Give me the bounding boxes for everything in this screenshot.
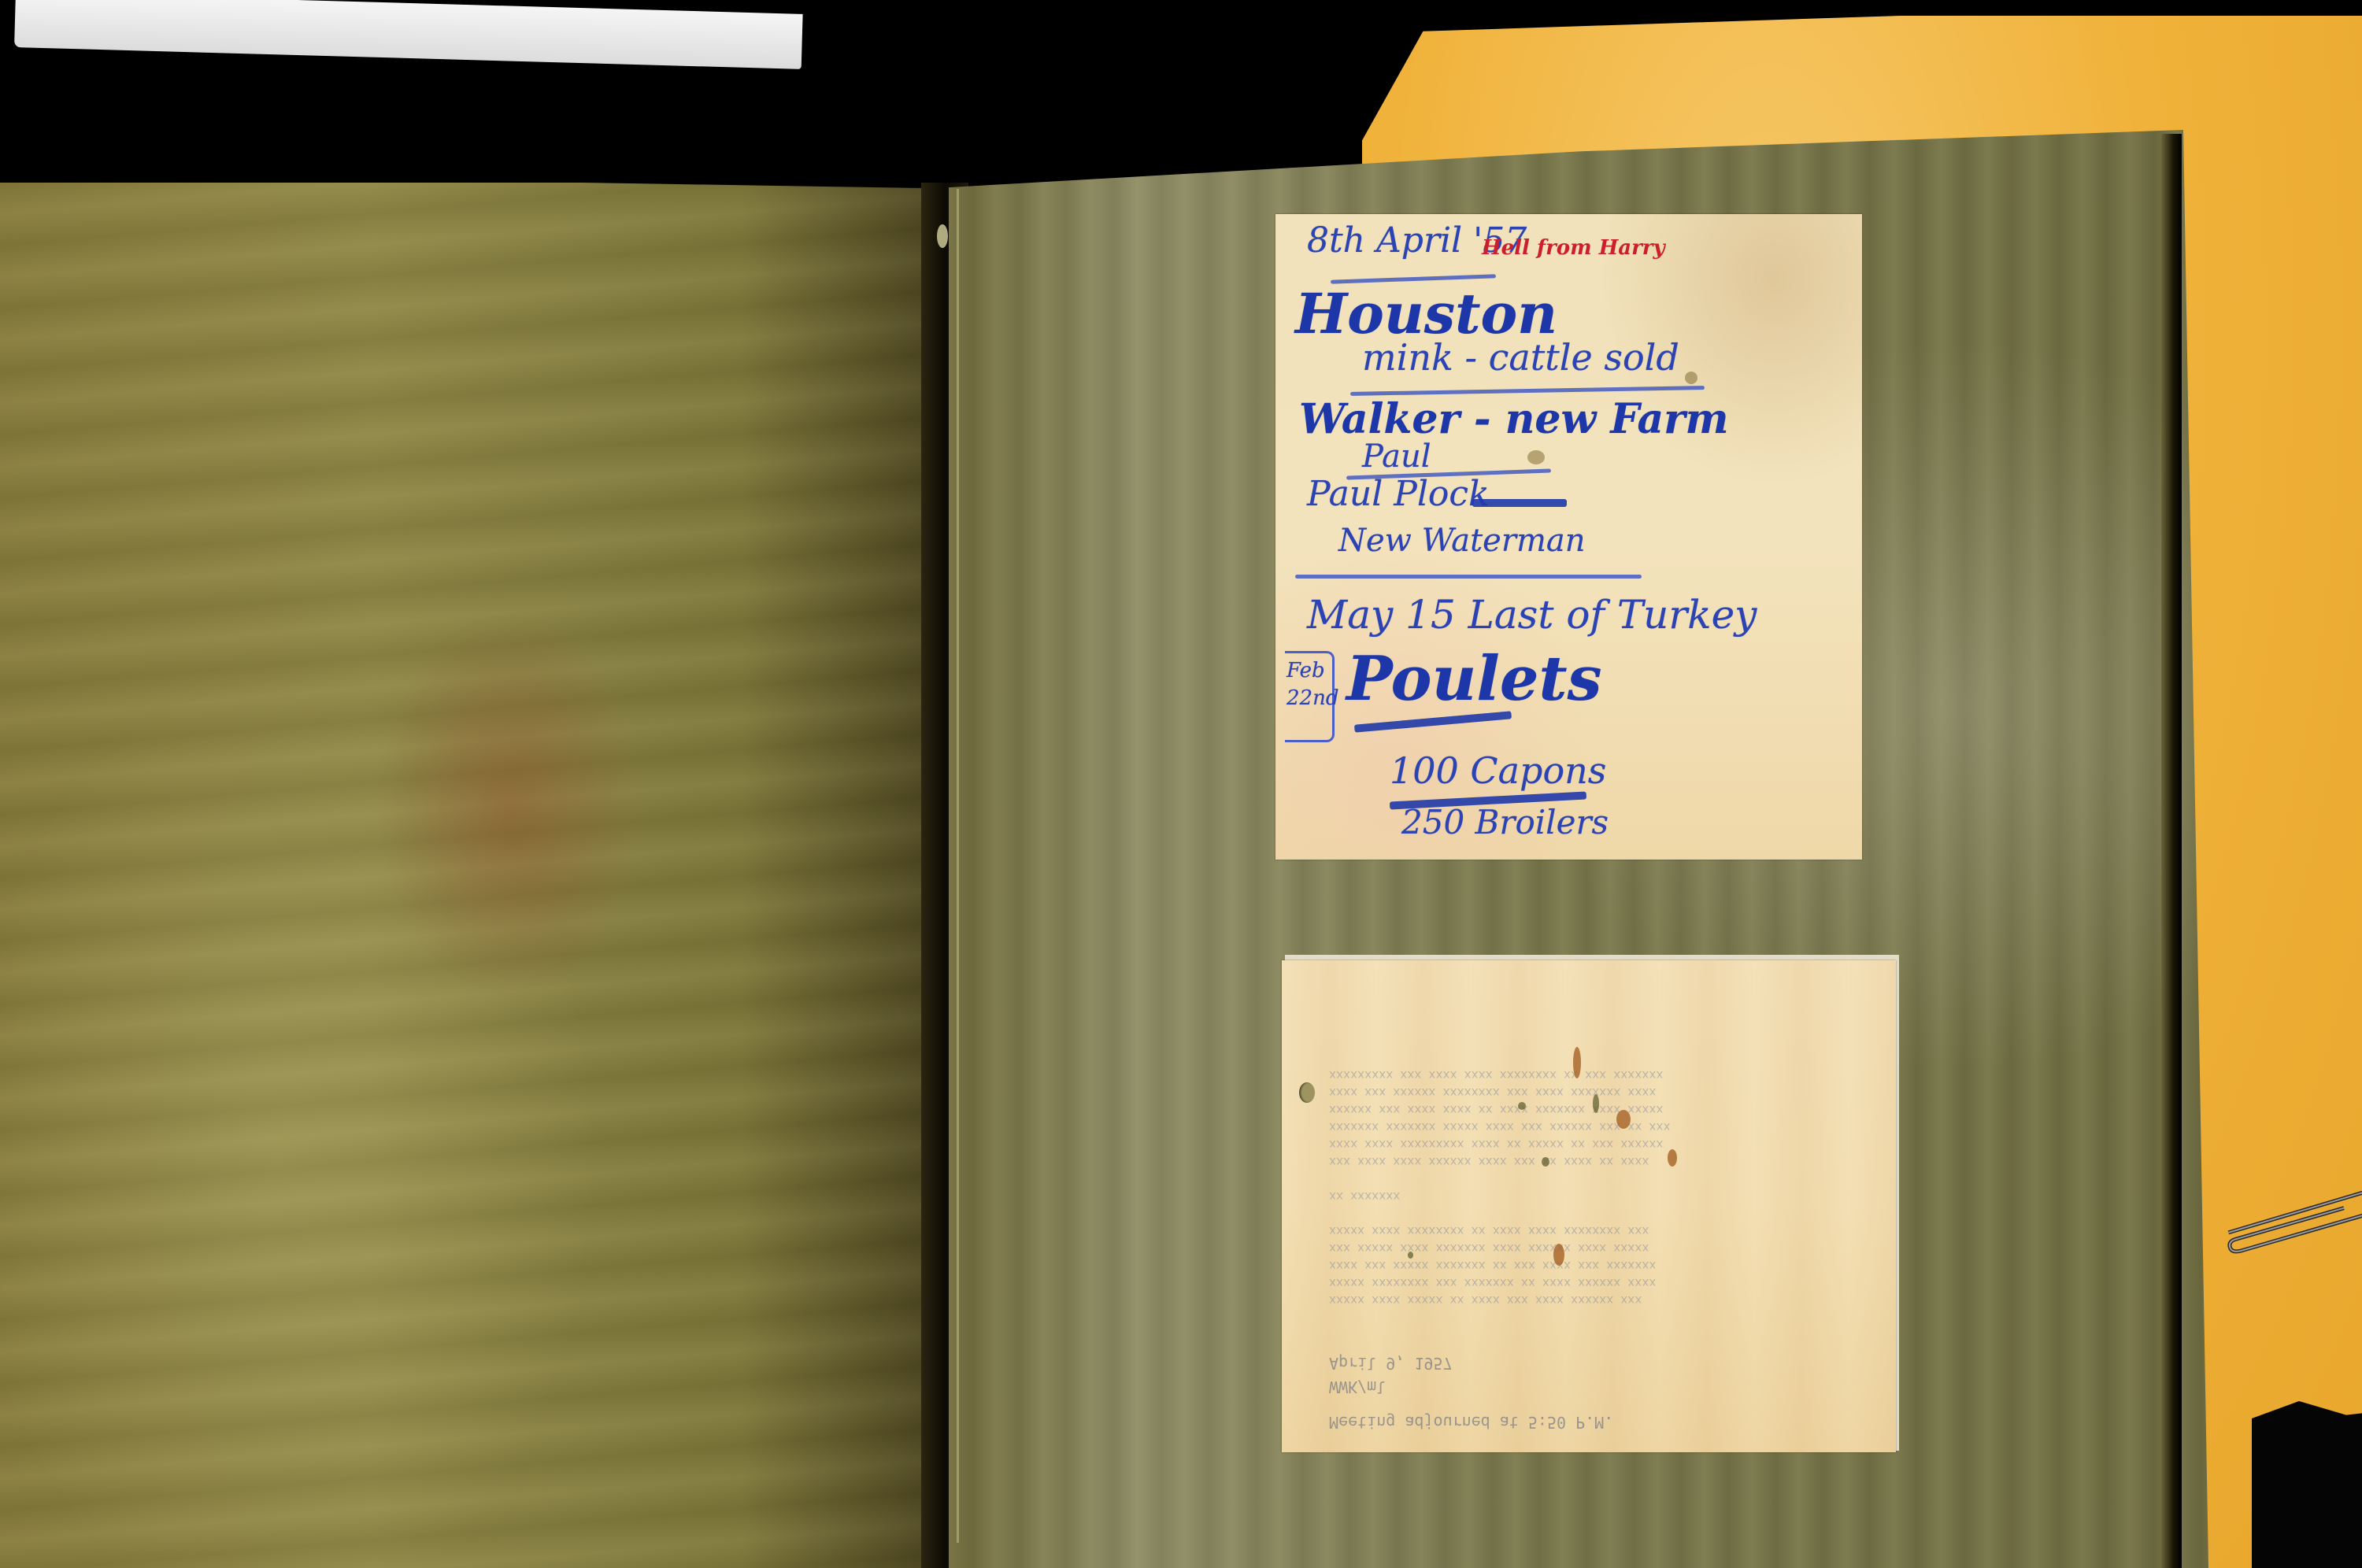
typed-date: April 9, 1957 [1329, 1354, 1453, 1373]
folder-torn-corner [2252, 1401, 2362, 1568]
note-line-mink: mink - cattle sold [1362, 336, 1679, 379]
note-line-walker: Walker - new Farm [1299, 395, 1729, 443]
underline [1350, 386, 1705, 396]
binding-hole [937, 224, 948, 248]
note-line-waterman: New Waterman [1338, 523, 1586, 559]
mold-spot [1518, 1102, 1526, 1110]
note-line-capons: 100 Capons [1390, 749, 1606, 792]
punch-hole [1299, 1082, 1315, 1103]
stain [1527, 450, 1545, 464]
left-scrapbook-page [0, 183, 925, 1568]
note-margin-feb: Feb [1287, 659, 1325, 682]
mold-spot [1408, 1252, 1413, 1259]
note-margin-22nd: 22nd [1287, 686, 1338, 710]
binding-thread [957, 189, 970, 1543]
page-stack-edge [2161, 134, 2182, 1568]
underline [1472, 499, 1567, 507]
note-line-poulets: Poulets [1346, 643, 1602, 715]
note-line-paul: Paul [1362, 438, 1431, 475]
white-paper-strip [14, 0, 803, 69]
handwritten-note: 8th April '57 Hell from Harry Houston mi… [1275, 214, 1862, 860]
mold-spot [1542, 1157, 1549, 1167]
note-letterhead: Hell from Harry [1482, 236, 1665, 260]
note-line-turkey: May 15 Last of Turkey [1307, 592, 1757, 638]
typed-minutes-page: xxxxx xxxx xxxxx xx xxxx xxx xxxx xxxxxx… [1282, 960, 1896, 1452]
underline [1295, 575, 1642, 579]
rust-stain [1573, 1047, 1581, 1078]
typed-adjourned: Meeting adjourned at 5:50 P.M. [1329, 1413, 1613, 1432]
rust-stain [1616, 1110, 1631, 1129]
rust-stain [1668, 1149, 1677, 1167]
stain [1685, 372, 1697, 384]
rust-stain [1553, 1244, 1564, 1266]
mold-spot [1593, 1094, 1599, 1113]
note-line-broilers: 250 Broilers [1401, 803, 1609, 841]
note-line-paul-plock: Paul Plock [1307, 474, 1490, 514]
typed-initials: WWK/ml [1329, 1378, 1386, 1396]
